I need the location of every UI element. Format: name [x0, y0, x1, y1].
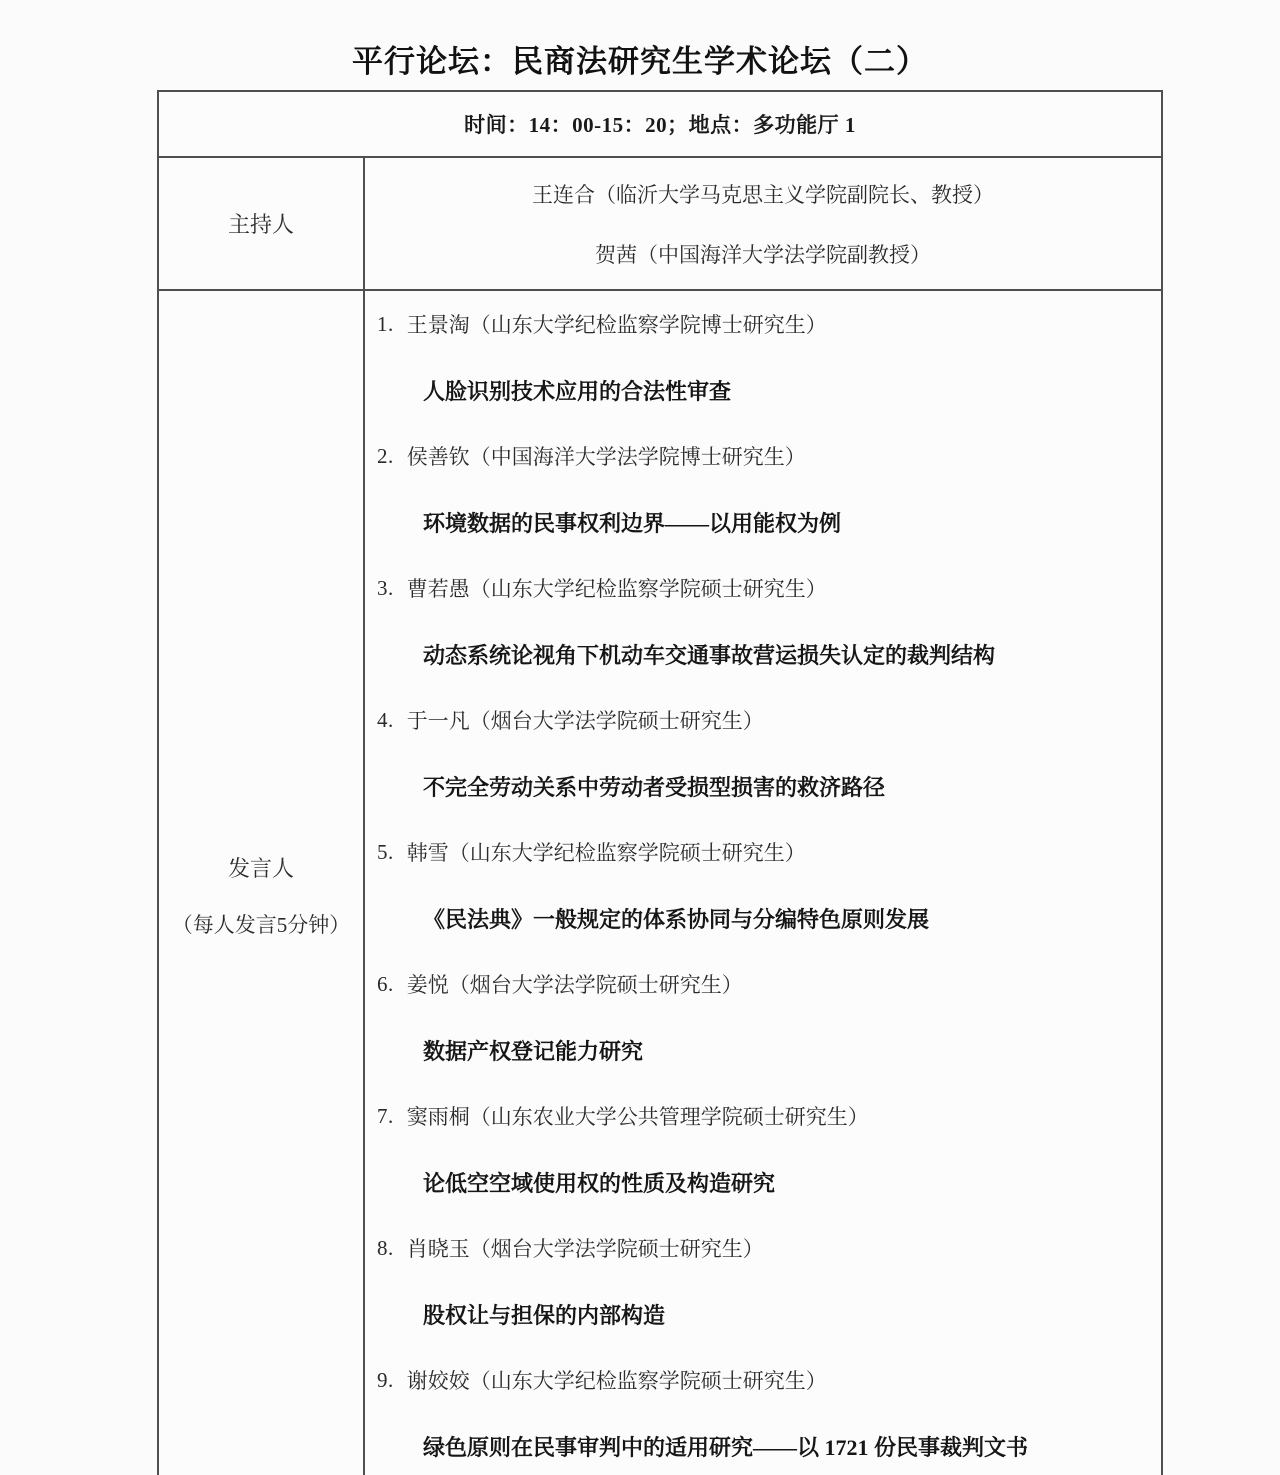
speaker-number: 3.	[377, 576, 394, 601]
speaker-entry: 2. 侯善钦（中国海洋大学法学院博士研究生）	[365, 423, 1161, 489]
time-location-row: 时间：14：00-15：20；地点：多功能厅 1	[159, 92, 1161, 158]
speaker-number: 6.	[377, 972, 394, 997]
speaker-number: 9.	[377, 1368, 394, 1393]
speaker-name: 谢姣姣（山东大学纪检监察学院硕士研究生）	[407, 1365, 827, 1395]
presentation-title: 不完全劳动关系中劳动者受损型损害的救济路径	[365, 753, 1161, 819]
presentation-title: 《民法典》一般规定的体系协同与分编特色原则发展	[365, 885, 1161, 951]
presentation-title: 数据产权登记能力研究	[365, 1017, 1161, 1083]
speakers-content-cell: 1. 王景淘（山东大学纪检监察学院博士研究生） 人脸识别技术应用的合法性审查 2…	[365, 291, 1161, 1475]
forum-schedule-table: 时间：14：00-15：20；地点：多功能厅 1 主持人 王连合（临沂大学马克思…	[157, 90, 1163, 1475]
presentation-title: 绿色原则在民事审判中的适用研究——以 1721 份民事裁判文书	[365, 1413, 1161, 1475]
presentation-title: 动态系统论视角下机动车交通事故营运损失认定的裁判结构	[365, 621, 1161, 687]
time-location-text: 时间：14：00-15：20；地点：多功能厅 1	[464, 109, 856, 139]
speaker-entry: 3. 曹若愚（山东大学纪检监察学院硕士研究生）	[365, 555, 1161, 621]
moderator-line: 贺茜（中国海洋大学法学院副教授）	[595, 239, 931, 269]
speaker-entry: 7. 窦雨桐（山东农业大学公共管理学院硕士研究生）	[365, 1083, 1161, 1149]
moderator-content-cell: 王连合（临沂大学马克思主义学院副院长、教授） 贺茜（中国海洋大学法学院副教授）	[365, 158, 1161, 289]
speaker-entry: 6. 姜悦（烟台大学法学院硕士研究生）	[365, 951, 1161, 1017]
speaker-number: 1.	[377, 312, 394, 337]
speaker-entry: 8. 肖晓玉（烟台大学法学院硕士研究生）	[365, 1215, 1161, 1281]
speaker-name: 窦雨桐（山东农业大学公共管理学院硕士研究生）	[407, 1101, 869, 1131]
speaker-entry: 1. 王景淘（山东大学纪检监察学院博士研究生）	[365, 291, 1161, 357]
speakers-note: （每人发言5分钟）	[172, 909, 351, 939]
speaker-name: 王景淘（山东大学纪检监察学院博士研究生）	[407, 309, 827, 339]
presentation-title: 论低空空域使用权的性质及构造研究	[365, 1149, 1161, 1215]
speaker-number: 4.	[377, 708, 394, 733]
moderator-label: 主持人	[228, 208, 294, 239]
speaker-name: 姜悦（烟台大学法学院硕士研究生）	[407, 969, 743, 999]
speaker-entry: 9. 谢姣姣（山东大学纪检监察学院硕士研究生）	[365, 1347, 1161, 1413]
page-title: 平行论坛：民商法研究生学术论坛（二）	[0, 36, 1280, 81]
presentation-title: 环境数据的民事权利边界——以用能权为例	[365, 489, 1161, 555]
speaker-name: 肖晓玉（烟台大学法学院硕士研究生）	[407, 1233, 764, 1263]
speaker-name: 于一凡（烟台大学法学院硕士研究生）	[407, 705, 764, 735]
speaker-number: 7.	[377, 1104, 394, 1129]
speakers-label: 发言人	[228, 852, 294, 883]
speakers-row: 发言人 （每人发言5分钟） 1. 王景淘（山东大学纪检监察学院博士研究生） 人脸…	[159, 291, 1161, 1475]
speaker-number: 5.	[377, 840, 394, 865]
moderator-line: 王连合（临沂大学马克思主义学院副院长、教授）	[532, 179, 994, 209]
speaker-number: 8.	[377, 1236, 394, 1261]
presentation-title: 人脸识别技术应用的合法性审查	[365, 357, 1161, 423]
moderator-label-cell: 主持人	[159, 158, 365, 289]
speakers-label-cell: 发言人 （每人发言5分钟）	[159, 291, 365, 1475]
speaker-name: 韩雪（山东大学纪检监察学院硕士研究生）	[407, 837, 806, 867]
speaker-name: 侯善钦（中国海洋大学法学院博士研究生）	[407, 441, 806, 471]
speaker-number: 2.	[377, 444, 394, 469]
moderator-row: 主持人 王连合（临沂大学马克思主义学院副院长、教授） 贺茜（中国海洋大学法学院副…	[159, 158, 1161, 291]
speaker-name: 曹若愚（山东大学纪检监察学院硕士研究生）	[407, 573, 827, 603]
presentation-title: 股权让与担保的内部构造	[365, 1281, 1161, 1347]
speaker-entry: 4. 于一凡（烟台大学法学院硕士研究生）	[365, 687, 1161, 753]
speaker-entry: 5. 韩雪（山东大学纪检监察学院硕士研究生）	[365, 819, 1161, 885]
